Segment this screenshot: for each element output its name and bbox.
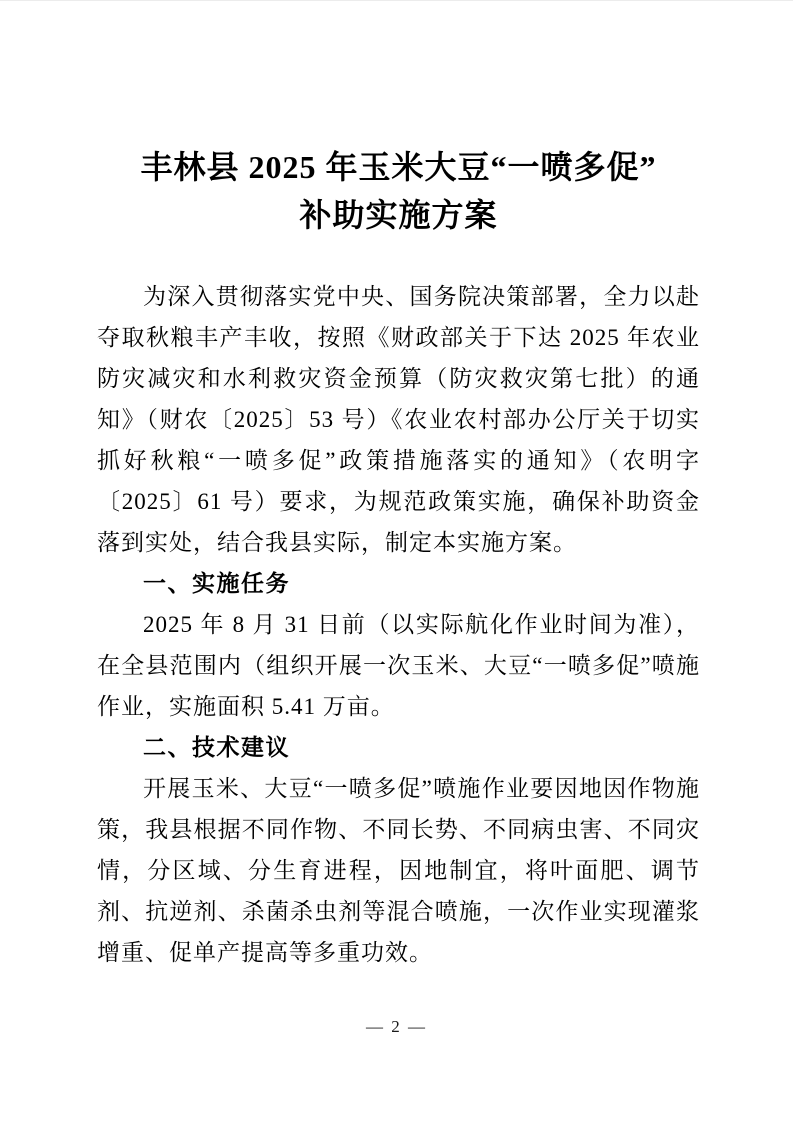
body-paragraph: 开展玉米、大豆“一喷多促”喷施作业要因地因作物施策，我县根据不同作物、不同长势、…: [97, 768, 700, 973]
section-heading: 二、技术建议: [97, 727, 700, 768]
page-number: — 2 —: [0, 1017, 793, 1037]
document-body: 为深入贯彻落实党中央、国务院决策部署，全力以赴夺取秋粮丰产丰收，按照《财政部关于…: [97, 276, 700, 973]
document-page: 丰林县 2025 年玉米大豆“一喷多促” 补助实施方案 为深入贯彻落实党中央、国…: [0, 0, 793, 1122]
document-title-line2: 补助实施方案: [97, 191, 700, 239]
section-heading: 一、实施任务: [97, 563, 700, 604]
document-title: 丰林县 2025 年玉米大豆“一喷多促” 补助实施方案: [97, 143, 700, 239]
body-paragraph: 2025 年 8 月 31 日前（以实际航化作业时间为准），在全县范围内（组织开…: [97, 604, 700, 727]
document-content: 丰林县 2025 年玉米大豆“一喷多促” 补助实施方案 为深入贯彻落实党中央、国…: [0, 143, 793, 973]
document-title-line1: 丰林县 2025 年玉米大豆“一喷多促”: [97, 143, 700, 191]
body-paragraph: 为深入贯彻落实党中央、国务院决策部署，全力以赴夺取秋粮丰产丰收，按照《财政部关于…: [97, 276, 700, 563]
